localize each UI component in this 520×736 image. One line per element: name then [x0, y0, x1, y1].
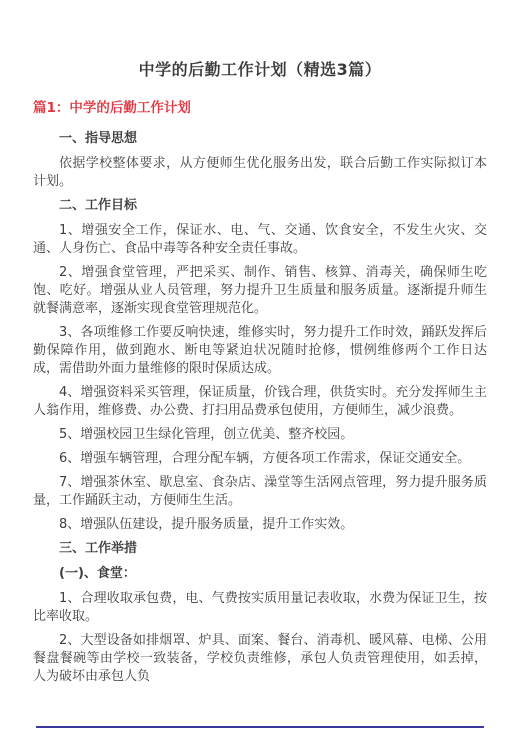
goal-item-7: 7、增强茶休室、歇息室、食杂店、澡堂等生活网点管理，努力提升服务质量，工作踊跃主…: [33, 474, 487, 510]
document-title: 中学的后勤工作计划（精选3篇）: [33, 58, 487, 82]
section-1-heading: 篇1：中学的后勤工作计划: [33, 99, 487, 118]
document-body: 一、指导思想 依据学校整体要求，从方便师生优化服务出发，联合后勤工作实际拟订本计…: [33, 130, 487, 686]
document-page: 中学的后勤工作计划（精选3篇） 篇1：中学的后勤工作计划 一、指导思想 依据学校…: [0, 0, 520, 736]
goal-item-4: 4、增强资料采买管理，保证质量，价钱合理，供货实时。充分发挥师生主人翁作用，维修…: [33, 384, 487, 420]
canteen-item-2: 2、大型设备如排烟罩、炉具、面案、餐台、消毒机、暖风幕、电梯、公用餐盘餐碗等由学…: [33, 632, 487, 686]
goal-item-6: 6、增强车辆管理，合理分配车辆，方便各项工作需求，保证交通安全。: [33, 450, 487, 468]
goal-item-5: 5、增强校园卫生绿化管理，创立优美、整齐校园。: [33, 426, 487, 444]
subheading-canteen: (一)、食堂：: [33, 565, 487, 583]
bottom-divider-line: [36, 726, 484, 728]
goal-item-2: 2、增强食堂管理，严把采买、制作、销售、核算、消毒关，确保师生吃饱、吃好。增强从…: [33, 264, 487, 318]
goal-item-8: 8、增强队伍建设，提升服务质量，提升工作实效。: [33, 516, 487, 534]
para-intro: 依据学校整体要求，从方便师生优化服务出发，联合后勤工作实际拟订本计划。: [33, 155, 487, 191]
goal-item-3: 3、各项维修工作要反响快速，维修实时，努力提升工作时效，踊跃发挥后勤保障作用，做…: [33, 324, 487, 378]
goal-item-1: 1、增强安全工作，保证水、电、气、交通、饮食安全，不发生火灾、交通、人身伤亡、食…: [33, 222, 487, 258]
heading-guiding-ideology: 一、指导思想: [33, 130, 487, 148]
canteen-item-1: 1、合理收取承包费，电、气费按实质用量记表收取，水费为保证卫生，按比率收取。: [33, 590, 487, 626]
heading-work-measures: 三、工作举措: [33, 540, 487, 558]
heading-work-goals: 二、工作目标: [33, 197, 487, 215]
